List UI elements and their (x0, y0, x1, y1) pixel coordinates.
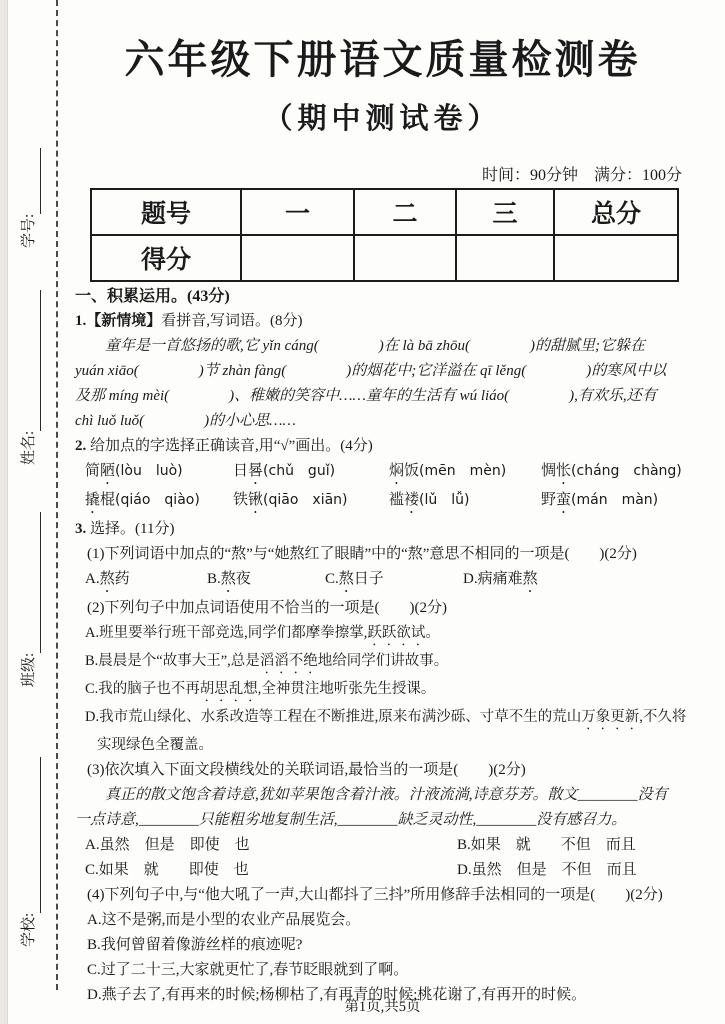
student-name-label: 姓名: (17, 431, 41, 465)
score-cell-empty (554, 235, 678, 281)
score-table-header-row: 题号 一 二 三 总分 (91, 189, 678, 235)
q2-word-item: 褴褛(lǔ lǚ) (389, 488, 541, 517)
student-id-label: 学号: (17, 214, 41, 248)
question-1-heading: 1.【新情境】看拼音,写词语。(8分) (75, 309, 695, 334)
page-title: 六年级下册语文质量检测卷 (75, 28, 690, 85)
page-subtitle: （期中测试卷） (75, 96, 690, 137)
question-3-title: 选择。(11分) (90, 521, 174, 537)
question-1-number: 1. (75, 313, 86, 329)
score-cell-empty (354, 235, 456, 281)
q3-1-option-c: C.熬日子 (325, 567, 463, 596)
q3-3-option-d: D.虽然 但是 不但 而且 (457, 858, 695, 883)
q3-3-options: A.虽然 但是 即使 也 B.如果 就 不但 而且 C.如果 就 即使 也 D.… (75, 833, 695, 883)
page-number-footer: 第1页,共5页 (75, 995, 690, 1016)
q3-4-option-c: C.过了二十三,大家就更忙了,春节眨眼就到了啊。 (75, 958, 695, 983)
q3-1-option-b: B.熬夜 (207, 567, 325, 596)
q3-1-option-d: D.病痛难熬 (463, 567, 538, 596)
student-name-blank-line (23, 290, 41, 431)
q3-4-stem: (4)下列句子中,与“他大吼了一声,大山都抖了三抖”所用修辞手法相同的一项是( … (75, 883, 695, 908)
q2-word-item: 焖饭(mēn mèn) (389, 459, 541, 488)
question-3-number: 3. (75, 521, 86, 537)
question-2-title: 给加点的字选择正确读音,用“√”画出。(4分) (90, 438, 373, 454)
score-table-header-cell: 三 (456, 189, 554, 235)
score-table-header-cell: 总分 (554, 189, 678, 235)
q1-passage-line: 及那 míng mèi( )、稚嫩的笑容中……童年的生活有 wú liáo( )… (75, 384, 695, 409)
student-school-label: 学校: (17, 913, 41, 947)
q3-1-stem: (1)下列词语中加点的“熬”与“她熬红了眼睛”中的“熬”意思不相同的一项是( )… (75, 542, 695, 567)
question-1-tag: 【新情境】 (86, 313, 161, 329)
section-1-heading: 一、积累运用。(43分) (75, 284, 695, 309)
q3-4-option-a: A.这不是粥,而是小型的农业产品展览会。 (75, 908, 695, 933)
student-class-field: 班级: (15, 512, 41, 538)
q3-2-option-a: A.班里要举行班干部竞选,同学们都摩拳擦掌,跃跃欲试。 (75, 621, 695, 649)
scan-page-edge (0, 0, 8, 1024)
q3-4-option-b: B.我何曾留着像游丝样的痕迹呢? (75, 933, 695, 958)
score-table-header-cell: 一 (241, 189, 354, 235)
question-1-title: 看拼音,写词语。(8分) (161, 313, 302, 329)
q2-word-item: 简陋(lòu luò) (85, 459, 233, 488)
exam-paper-page: 学号: 姓名: 班级: 学校: 六年级下册语文质量检测卷 （期中测试卷） 时间：… (0, 0, 725, 1024)
q3-3-passage-line: 一点诗意,________只能粗劣地复制生活,________缺乏灵动性,___… (75, 808, 695, 833)
q3-3-option-c: C.如果 就 即使 也 (85, 858, 457, 883)
binding-dashed-line (56, 0, 58, 990)
q2-word-item: 惆怅(cháng chàng) (541, 459, 695, 488)
score-cell-empty (241, 235, 354, 281)
q2-word-item: 铁锹(qiāo xiān) (233, 488, 389, 517)
question-3-heading: 3. 选择。(11分) (75, 517, 695, 542)
q3-2-option-c: C.我的脑子也不再胡思乱想,全神贯注地听张先生授课。 (75, 677, 695, 705)
student-class-blank-line (23, 512, 41, 653)
q3-1-options: A.熬药 B.熬夜 C.熬日子 D.病痛难熬 (75, 567, 695, 596)
student-name-field: 姓名: (15, 290, 41, 316)
score-table-header-cell: 二 (354, 189, 456, 235)
time-score-meta: 时间：90分钟 满分：100分 (75, 162, 682, 185)
score-table-score-row: 得分 (91, 235, 678, 281)
student-class-label: 班级: (17, 653, 41, 687)
q3-2-stem: (2)下列句子中加点词语使用不恰当的一项是( )(2分) (75, 596, 695, 621)
student-school-blank-line (23, 757, 41, 913)
q3-1-option-a: A.熬药 (85, 567, 207, 596)
q1-passage-line: 童年是一首悠扬的歌,它 yǐn cáng( )在 là bā zhōu( )的甜… (75, 334, 695, 359)
q2-word-grid: 简陋(lòu luò) 日晷(chǔ guǐ) 焖饭(mēn mèn) 惆怅(c… (75, 459, 695, 517)
score-row-label: 得分 (91, 235, 241, 281)
exam-content: 一、积累运用。(43分) 1.【新情境】看拼音,写词语。(8分) 童年是一首悠扬… (75, 284, 695, 1008)
student-school-field: 学校: (15, 757, 41, 783)
q1-passage-line: chì luǒ luǒ( )的小心思…… (75, 409, 695, 434)
student-id-blank-line (23, 148, 41, 214)
q3-3-stem: (3)依次填入下面文段横线处的关联词语,最恰当的一项是( )(2分) (75, 758, 695, 783)
q2-word-item: 日晷(chǔ guǐ) (233, 459, 389, 488)
q3-2-option-b: B.晨晨是个“故事大王”,总是滔滔不绝地给同学们讲故事。 (75, 649, 695, 677)
score-table: 题号 一 二 三 总分 得分 (90, 188, 679, 282)
question-2-heading: 2. 给加点的字选择正确读音,用“√”画出。(4分) (75, 434, 695, 459)
q2-word-item: 撬棍(qiáo qiào) (85, 488, 233, 517)
q1-passage-line: yuán xiāo( )节 zhàn fàng( )的烟花中;它洋溢在 qī l… (75, 359, 695, 384)
q2-word-item: 野蛮(mán màn) (541, 488, 695, 517)
question-2-number: 2. (75, 438, 86, 454)
q3-3-option-a: A.虽然 但是 即使 也 (85, 833, 457, 858)
q3-3-option-b: B.如果 就 不但 而且 (457, 833, 695, 858)
score-cell-empty (456, 235, 554, 281)
q3-2-option-d: D.我市荒山绿化、水系改造等工程在不断推进,原来布满沙砾、寸草不生的荒山万象更新… (75, 705, 695, 758)
student-id-field: 学号: (15, 148, 41, 174)
q3-3-passage-line: 真正的散文饱含着诗意,犹如苹果饱含着汁液。汁液流淌,诗意芬芳。散文_______… (75, 783, 695, 808)
score-table-header-cell: 题号 (91, 189, 241, 235)
